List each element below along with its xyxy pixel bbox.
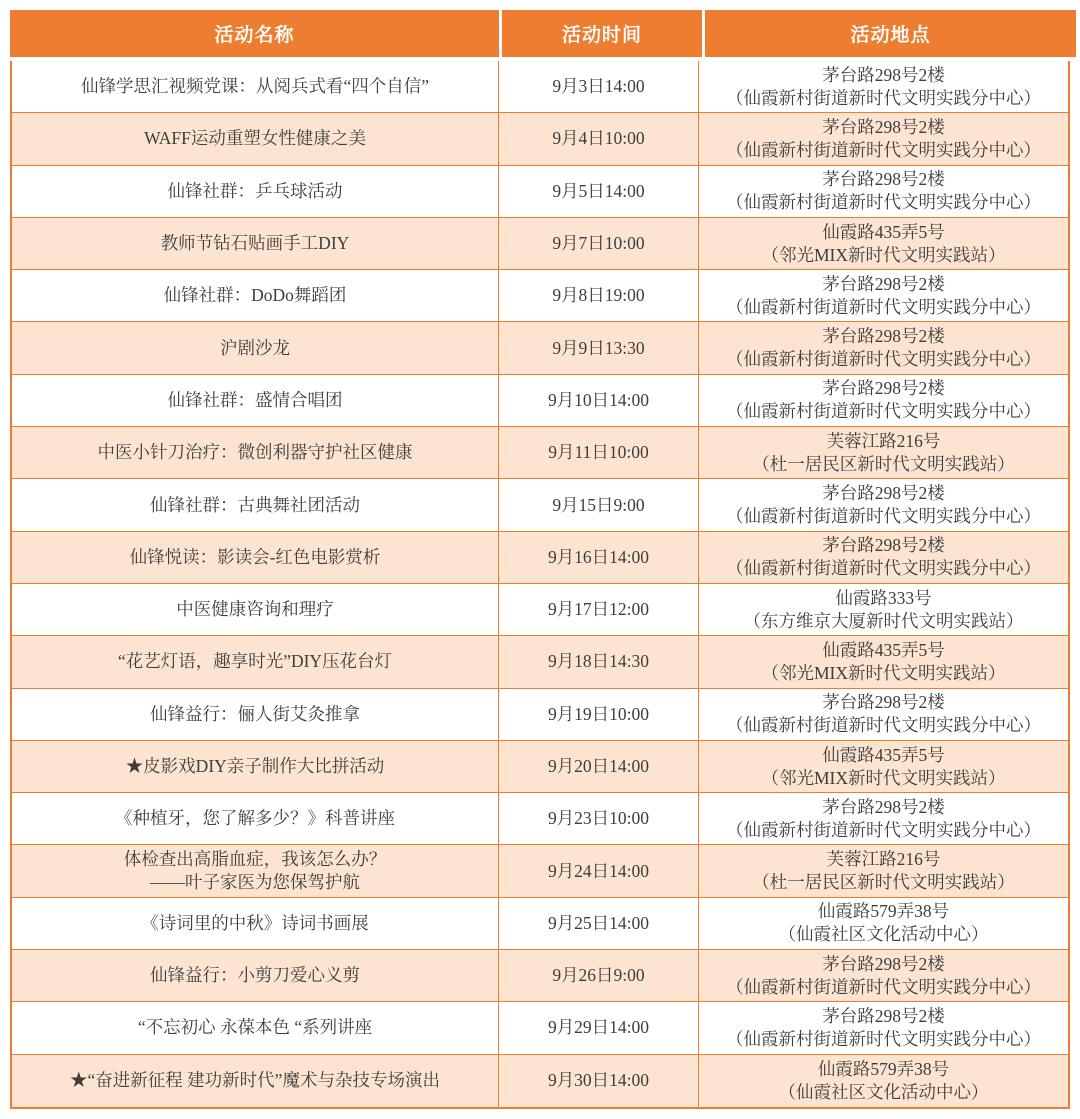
- activity-location-line: （邻光MIX新时代文明实践站）: [761, 662, 1005, 685]
- table-header-row: 活动名称 活动时间 活动地点: [10, 10, 1070, 57]
- activity-time-text: 9月30日14:00: [548, 1069, 649, 1092]
- activity-time-text: 9月15日9:00: [552, 494, 644, 517]
- activity-name-line: 沪剧沙龙: [220, 337, 290, 360]
- activity-name-line: ★皮影戏DIY亲子制作大比拼活动: [126, 755, 385, 778]
- table-row: ★“奋进新征程 建功新时代”魔术与杂技专场演出 9月30日14:00 仙霞路57…: [12, 1055, 1068, 1107]
- table-row: 中医小针刀治疗：微创利器守护社区健康 9月11日10:00 芙蓉江路216号（杜…: [12, 427, 1068, 479]
- activity-location-line: （仙霞社区文化活动中心）: [779, 1081, 989, 1104]
- activity-time-text: 9月18日14:30: [548, 650, 649, 673]
- activity-time-cell: 9月5日14:00: [499, 166, 699, 218]
- activity-time-cell: 9月29日14:00: [499, 1002, 699, 1054]
- activity-name-cell: ★“奋进新征程 建功新时代”魔术与杂技专场演出: [12, 1055, 499, 1107]
- activity-time-text: 9月9日13:30: [552, 337, 644, 360]
- activity-time-text: 9月25日14:00: [548, 912, 649, 935]
- activity-location-cell: 仙霞路333号（东方维京大厦新时代文明实践站）: [699, 584, 1068, 636]
- activity-time-cell: 9月7日10:00: [499, 218, 699, 270]
- activity-location-line: 仙霞路435弄5号: [822, 744, 945, 767]
- activity-time-text: 9月19日10:00: [548, 703, 649, 726]
- activity-name-line: 仙锋社群：乒乓球活动: [168, 180, 343, 203]
- activity-time-text: 9月29日14:00: [548, 1016, 649, 1039]
- activity-location-line: 仙霞路333号: [835, 587, 931, 610]
- activity-location-line: 茅台路298号2楼: [822, 534, 945, 557]
- activity-location-cell: 茅台路298号2楼（仙霞新村街道新时代文明实践分中心）: [699, 375, 1068, 427]
- activity-table: 活动名称 活动时间 活动地点 仙锋学思汇视频党课：从阅兵式看“四个自信” 9月3…: [10, 10, 1070, 1109]
- activity-name-cell: 仙锋学思汇视频党课：从阅兵式看“四个自信”: [12, 61, 499, 113]
- activity-time-cell: 9月8日19:00: [499, 270, 699, 322]
- activity-name-line: 《诗词里的中秋》诗词书画展: [141, 912, 369, 935]
- activity-location-cell: 仙霞路435弄5号（邻光MIX新时代文明实践站）: [699, 218, 1068, 270]
- activity-name-line: 教师节钻石贴画手工DIY: [161, 232, 350, 255]
- activity-location-line: 茅台路298号2楼: [822, 325, 945, 348]
- table-row: 《种植牙，您了解多少？》科普讲座 9月23日10:00 茅台路298号2楼（仙霞…: [12, 793, 1068, 845]
- activity-name-cell: 沪剧沙龙: [12, 322, 499, 374]
- activity-name-line: 仙锋悦读：影读会-红色电影赏析: [130, 546, 381, 569]
- activity-time-text: 9月17日12:00: [548, 598, 649, 621]
- table-row: WAFF运动重塑女性健康之美 9月4日10:00 茅台路298号2楼（仙霞新村街…: [12, 113, 1068, 165]
- activity-location-cell: 仙霞路435弄5号（邻光MIX新时代文明实践站）: [699, 741, 1068, 793]
- activity-location-cell: 茅台路298号2楼（仙霞新村街道新时代文明实践分中心）: [699, 61, 1068, 113]
- activity-location-line: 茅台路298号2楼: [822, 377, 945, 400]
- activity-name-cell: 仙锋社群：古典舞社团活动: [12, 479, 499, 531]
- activity-name-line: 仙锋社群：盛情合唱团: [168, 389, 343, 412]
- activity-location-line: 仙霞路435弄5号: [822, 639, 945, 662]
- activity-location-line: （东方维京大厦新时代文明实践站）: [744, 610, 1024, 633]
- activity-time-cell: 9月17日12:00: [499, 584, 699, 636]
- activity-location-cell: 茅台路298号2楼（仙霞新村街道新时代文明实践分中心）: [699, 479, 1068, 531]
- table-row: 中医健康咨询和理疗 9月17日12:00 仙霞路333号（东方维京大厦新时代文明…: [12, 584, 1068, 636]
- activity-location-line: （杜一居民区新时代文明实践站）: [752, 453, 1015, 476]
- activity-time-text: 9月11日10:00: [548, 441, 648, 464]
- activity-location-cell: 茅台路298号2楼（仙霞新村街道新时代文明实践分中心）: [699, 270, 1068, 322]
- activity-location-cell: 茅台路298号2楼（仙霞新村街道新时代文明实践分中心）: [699, 689, 1068, 741]
- activity-location-line: 仙霞路579弄38号: [818, 900, 949, 923]
- activity-name-cell: 仙锋悦读：影读会-红色电影赏析: [12, 532, 499, 584]
- activity-name-cell: 体检查出高脂血症，我该怎么办？——叶子家医为您保驾护航: [12, 845, 499, 897]
- activity-time-text: 9月3日14:00: [552, 75, 644, 98]
- table-row: 仙锋社群：盛情合唱团 9月10日14:00 茅台路298号2楼（仙霞新村街道新时…: [12, 375, 1068, 427]
- activity-name-cell: 《种植牙，您了解多少？》科普讲座: [12, 793, 499, 845]
- activity-location-line: （仙霞新村街道新时代文明实践分中心）: [726, 976, 1041, 999]
- activity-name-line: “不忘初心 永葆本色 “系列讲座: [138, 1016, 372, 1039]
- activity-location-line: 仙霞路579弄38号: [818, 1058, 949, 1081]
- activity-time-cell: 9月15日9:00: [499, 479, 699, 531]
- activity-location-cell: 茅台路298号2楼（仙霞新村街道新时代文明实践分中心）: [699, 532, 1068, 584]
- activity-name-line: 《种植牙，您了解多少？》科普讲座: [115, 807, 395, 830]
- activity-location-line: 茅台路298号2楼: [822, 116, 945, 139]
- activity-location-line: （邻光MIX新时代文明实践站）: [761, 767, 1005, 790]
- activity-location-cell: 仙霞路579弄38号（仙霞社区文化活动中心）: [699, 898, 1068, 950]
- activity-location-line: （仙霞新村街道新时代文明实践分中心）: [726, 296, 1041, 319]
- table-row: 仙锋社群：乒乓球活动 9月5日14:00 茅台路298号2楼（仙霞新村街道新时代…: [12, 166, 1068, 218]
- activity-location-line: 茅台路298号2楼: [822, 273, 945, 296]
- table-row: 体检查出高脂血症，我该怎么办？——叶子家医为您保驾护航 9月24日14:00 芙…: [12, 845, 1068, 897]
- activity-location-cell: 茅台路298号2楼（仙霞新村街道新时代文明实践分中心）: [699, 166, 1068, 218]
- activity-time-cell: 9月4日10:00: [499, 113, 699, 165]
- activity-time-cell: 9月30日14:00: [499, 1055, 699, 1107]
- table-row: 《诗词里的中秋》诗词书画展 9月25日14:00 仙霞路579弄38号（仙霞社区…: [12, 898, 1068, 950]
- activity-name-line: 中医健康咨询和理疗: [176, 598, 334, 621]
- activity-location-line: （仙霞新村街道新时代文明实践分中心）: [726, 557, 1041, 580]
- activity-name-cell: 仙锋社群：盛情合唱团: [12, 375, 499, 427]
- activity-time-text: 9月10日14:00: [548, 389, 649, 412]
- activity-time-text: 9月24日14:00: [548, 860, 649, 883]
- table-row: 仙锋益行：俪人街艾灸推拿 9月19日10:00 茅台路298号2楼（仙霞新村街道…: [12, 689, 1068, 741]
- column-header-activity-location: 活动地点: [705, 10, 1076, 57]
- activity-location-cell: 茅台路298号2楼（仙霞新村街道新时代文明实践分中心）: [699, 793, 1068, 845]
- activity-location-line: （仙霞新村街道新时代文明实践分中心）: [726, 819, 1041, 842]
- table-row: 仙锋社群：古典舞社团活动 9月15日9:00 茅台路298号2楼（仙霞新村街道新…: [12, 479, 1068, 531]
- activity-location-line: （仙霞新村街道新时代文明实践分中心）: [726, 1028, 1041, 1051]
- activity-time-cell: 9月11日10:00: [499, 427, 699, 479]
- activity-time-text: 9月7日10:00: [552, 232, 644, 255]
- activity-time-cell: 9月18日14:30: [499, 636, 699, 688]
- activity-location-line: （杜一居民区新时代文明实践站）: [752, 871, 1015, 894]
- activity-time-cell: 9月25日14:00: [499, 898, 699, 950]
- activity-name-line: ——叶子家医为您保驾护航: [150, 871, 360, 894]
- activity-location-line: 茅台路298号2楼: [822, 1005, 945, 1028]
- activity-name-cell: 仙锋益行：俪人街艾灸推拿: [12, 689, 499, 741]
- activity-name-cell: 仙锋益行：小剪刀爱心义剪: [12, 950, 499, 1002]
- activity-location-line: 茅台路298号2楼: [822, 691, 945, 714]
- activity-location-cell: 芙蓉江路216号（杜一居民区新时代文明实践站）: [699, 845, 1068, 897]
- table-row: “不忘初心 永葆本色 “系列讲座 9月29日14:00 茅台路298号2楼（仙霞…: [12, 1002, 1068, 1054]
- table-row: “花艺灯语，趣享时光”DIY压花台灯 9月18日14:30 仙霞路435弄5号（…: [12, 636, 1068, 688]
- activity-name-cell: 教师节钻石贴画手工DIY: [12, 218, 499, 270]
- table-row: 仙锋学思汇视频党课：从阅兵式看“四个自信” 9月3日14:00 茅台路298号2…: [12, 61, 1068, 113]
- activity-name-line: “花艺灯语，趣享时光”DIY压花台灯: [118, 650, 392, 673]
- activity-time-cell: 9月23日10:00: [499, 793, 699, 845]
- activity-name-cell: 《诗词里的中秋》诗词书画展: [12, 898, 499, 950]
- activity-location-line: （邻光MIX新时代文明实践站）: [761, 244, 1005, 267]
- activity-name-cell: “不忘初心 永葆本色 “系列讲座: [12, 1002, 499, 1054]
- activity-location-line: （仙霞社区文化活动中心）: [779, 923, 989, 946]
- activity-time-cell: 9月20日14:00: [499, 741, 699, 793]
- activity-name-line: 仙锋社群：DoDo舞蹈团: [164, 284, 347, 307]
- activity-location-line: 茅台路298号2楼: [822, 796, 945, 819]
- activity-time-text: 9月5日14:00: [552, 180, 644, 203]
- activity-location-line: 芙蓉江路216号: [827, 430, 941, 453]
- activity-location-cell: 茅台路298号2楼（仙霞新村街道新时代文明实践分中心）: [699, 950, 1068, 1002]
- table-row: 仙锋悦读：影读会-红色电影赏析 9月16日14:00 茅台路298号2楼（仙霞新…: [12, 532, 1068, 584]
- table-row: 仙锋益行：小剪刀爱心义剪 9月26日9:00 茅台路298号2楼（仙霞新村街道新…: [12, 950, 1068, 1002]
- activity-location-line: （仙霞新村街道新时代文明实践分中心）: [726, 139, 1041, 162]
- table-row: 沪剧沙龙 9月9日13:30 茅台路298号2楼（仙霞新村街道新时代文明实践分中…: [12, 322, 1068, 374]
- activity-name-cell: 中医小针刀治疗：微创利器守护社区健康: [12, 427, 499, 479]
- activity-name-line: 仙锋益行：俪人街艾灸推拿: [150, 703, 360, 726]
- activity-time-cell: 9月3日14:00: [499, 61, 699, 113]
- activity-time-cell: 9月9日13:30: [499, 322, 699, 374]
- activity-location-line: 仙霞路435弄5号: [822, 221, 945, 244]
- activity-name-line: 仙锋益行：小剪刀爱心义剪: [150, 964, 360, 987]
- activity-name-cell: “花艺灯语，趣享时光”DIY压花台灯: [12, 636, 499, 688]
- activity-name-line: ★“奋进新征程 建功新时代”魔术与杂技专场演出: [70, 1069, 440, 1092]
- activity-location-line: （仙霞新村街道新时代文明实践分中心）: [726, 191, 1041, 214]
- column-header-activity-time: 活动时间: [502, 10, 702, 57]
- activity-time-text: 9月16日14:00: [548, 546, 649, 569]
- activity-time-cell: 9月16日14:00: [499, 532, 699, 584]
- activity-name-line: 仙锋社群：古典舞社团活动: [150, 494, 360, 517]
- activity-location-cell: 仙霞路579弄38号（仙霞社区文化活动中心）: [699, 1055, 1068, 1107]
- activity-location-line: 茅台路298号2楼: [822, 64, 945, 87]
- activity-schedule-page: 活动名称 活动时间 活动地点 仙锋学思汇视频党课：从阅兵式看“四个自信” 9月3…: [0, 0, 1080, 1119]
- activity-location-line: （仙霞新村街道新时代文明实践分中心）: [726, 400, 1041, 423]
- activity-location-line: （仙霞新村街道新时代文明实践分中心）: [726, 87, 1041, 110]
- activity-time-cell: 9月19日10:00: [499, 689, 699, 741]
- table-row: 仙锋社群：DoDo舞蹈团 9月8日19:00 茅台路298号2楼（仙霞新村街道新…: [12, 270, 1068, 322]
- activity-name-cell: 中医健康咨询和理疗: [12, 584, 499, 636]
- table-row: 教师节钻石贴画手工DIY 9月7日10:00 仙霞路435弄5号（邻光MIX新时…: [12, 218, 1068, 270]
- activity-name-cell: 仙锋社群：DoDo舞蹈团: [12, 270, 499, 322]
- activity-location-line: （仙霞新村街道新时代文明实践分中心）: [726, 714, 1041, 737]
- activity-name-line: 中医小针刀治疗：微创利器守护社区健康: [98, 441, 413, 464]
- activity-location-cell: 茅台路298号2楼（仙霞新村街道新时代文明实践分中心）: [699, 113, 1068, 165]
- activity-time-cell: 9月26日9:00: [499, 950, 699, 1002]
- activity-location-cell: 茅台路298号2楼（仙霞新村街道新时代文明实践分中心）: [699, 1002, 1068, 1054]
- activity-time-text: 9月26日9:00: [552, 964, 644, 987]
- activity-time-text: 9月8日19:00: [552, 284, 644, 307]
- activity-name-cell: WAFF运动重塑女性健康之美: [12, 113, 499, 165]
- activity-name-cell: ★皮影戏DIY亲子制作大比拼活动: [12, 741, 499, 793]
- activity-name-line: WAFF运动重塑女性健康之美: [144, 127, 366, 150]
- activity-location-line: 茅台路298号2楼: [822, 168, 945, 191]
- activity-name-line: 仙锋学思汇视频党课：从阅兵式看“四个自信”: [81, 75, 429, 98]
- activity-location-cell: 仙霞路435弄5号（邻光MIX新时代文明实践站）: [699, 636, 1068, 688]
- activity-time-text: 9月4日10:00: [552, 127, 644, 150]
- activity-time-cell: 9月24日14:00: [499, 845, 699, 897]
- activity-time-text: 9月23日10:00: [548, 807, 649, 830]
- activity-name-cell: 仙锋社群：乒乓球活动: [12, 166, 499, 218]
- activity-location-line: 茅台路298号2楼: [822, 953, 945, 976]
- activity-time-cell: 9月10日14:00: [499, 375, 699, 427]
- table-row: ★皮影戏DIY亲子制作大比拼活动 9月20日14:00 仙霞路435弄5号（邻光…: [12, 741, 1068, 793]
- activity-location-line: （仙霞新村街道新时代文明实践分中心）: [726, 348, 1041, 371]
- activity-location-cell: 茅台路298号2楼（仙霞新村街道新时代文明实践分中心）: [699, 322, 1068, 374]
- activity-location-line: （仙霞新村街道新时代文明实践分中心）: [726, 505, 1041, 528]
- activity-name-line: 体检查出高脂血症，我该怎么办？: [124, 848, 387, 871]
- activity-time-text: 9月20日14:00: [548, 755, 649, 778]
- table-body: 仙锋学思汇视频党课：从阅兵式看“四个自信” 9月3日14:00 茅台路298号2…: [10, 61, 1070, 1109]
- activity-location-cell: 芙蓉江路216号（杜一居民区新时代文明实践站）: [699, 427, 1068, 479]
- activity-location-line: 茅台路298号2楼: [822, 482, 945, 505]
- column-header-activity-name: 活动名称: [10, 10, 499, 57]
- activity-location-line: 芙蓉江路216号: [827, 848, 941, 871]
